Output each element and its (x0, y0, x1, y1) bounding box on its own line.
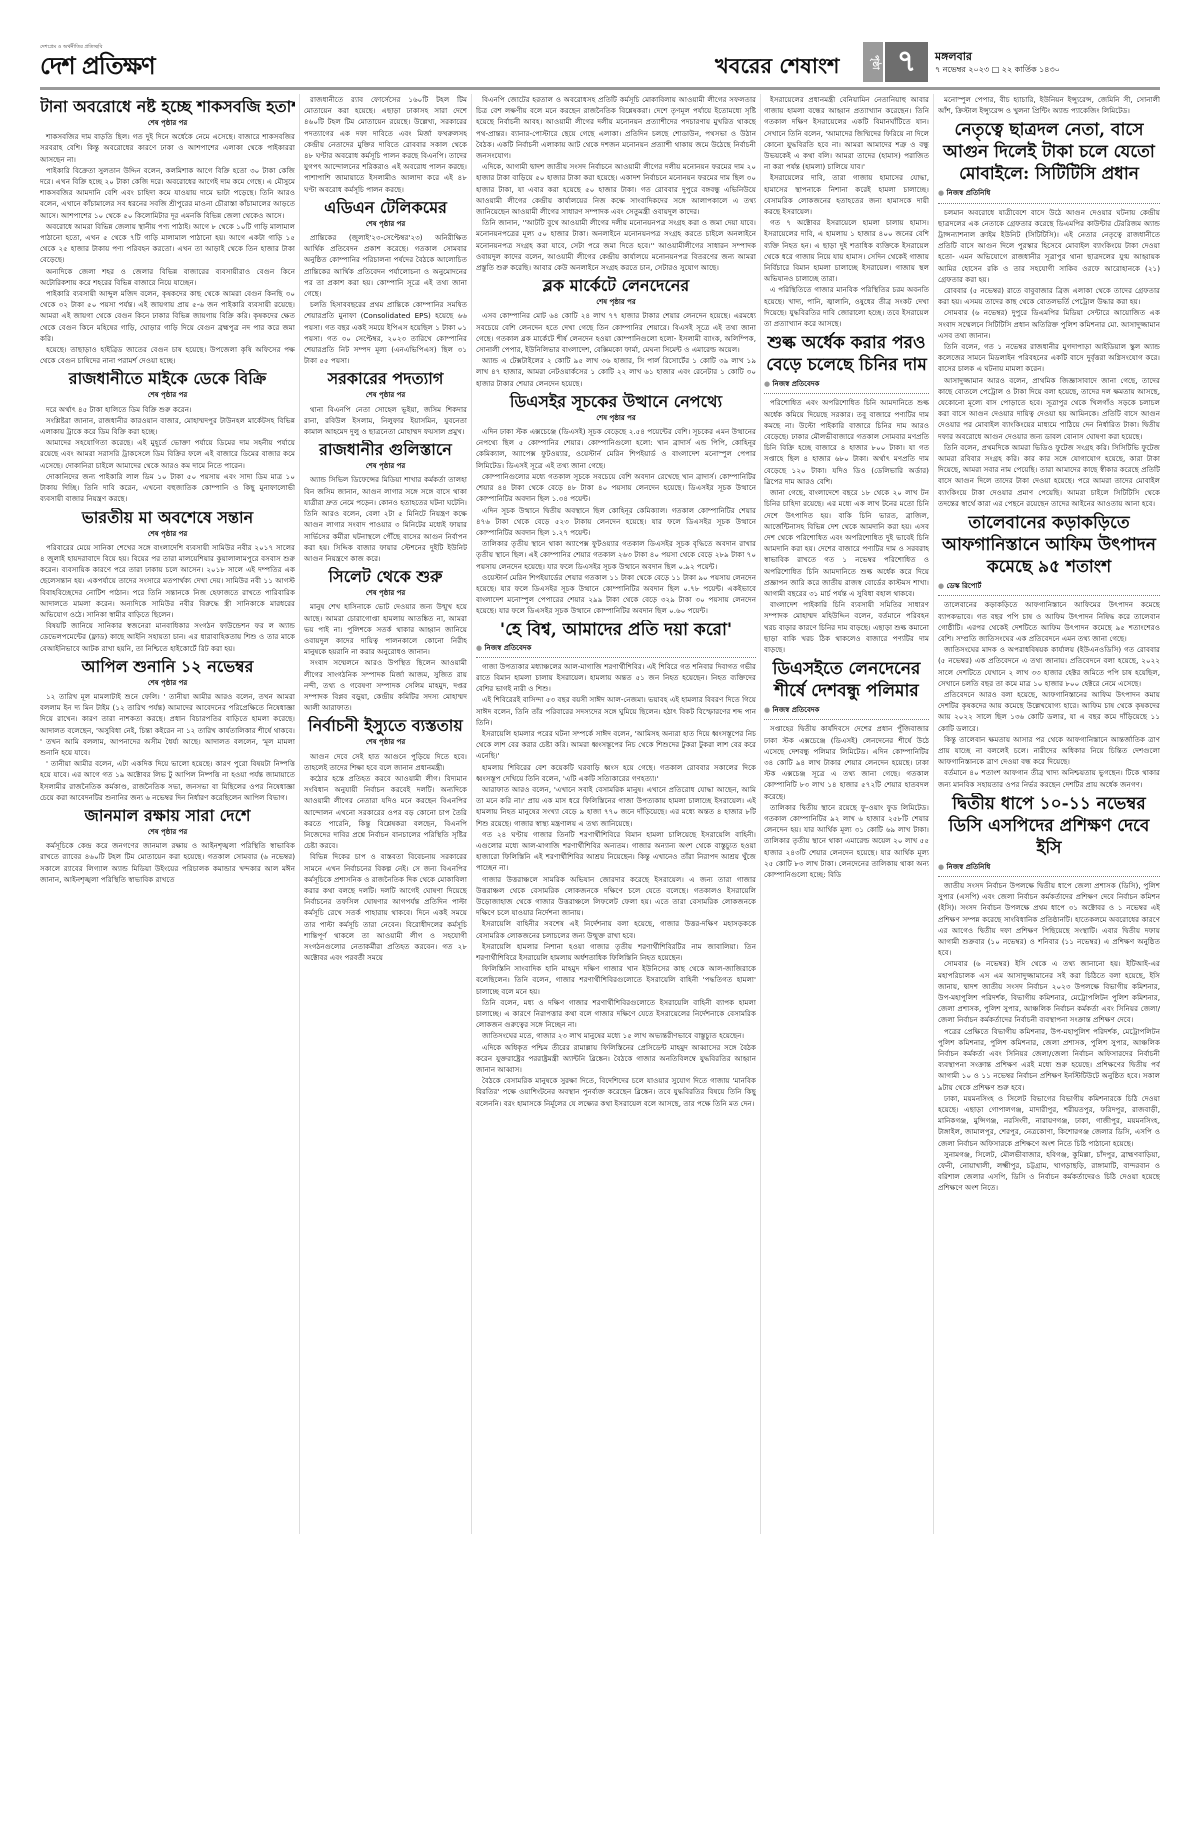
paragraph: আরাফাত আরও বলেন, 'এখানে সবাই বেসামরিক মা… (476, 784, 756, 829)
paragraph: আমাদের সহযোগিতা করেছে। এই মুহূর্তে ভোক্ত… (40, 437, 295, 471)
paragraph: দরে অর্থাৎ ৪৫ টাকা হালিতে ডিম বিক্রি শুর… (40, 404, 295, 415)
paragraph: সংশ্লিষ্টরা জানান, রাজধানীর কারওয়ান বাজ… (40, 415, 295, 437)
paragraph: মানুষ শেখ হাসিনাকে ভোট দেওয়ার জন্য উন্ম… (304, 601, 467, 657)
paragraph: হয়েছে। তাছাড়াও হাইব্রিড জাতের বেগুন চা… (40, 344, 295, 366)
paragraph: এ পরিস্থিতিতে গাজার মানবিক পরিস্থিতির চর… (764, 284, 929, 329)
article-awami: বিএনপি জোটের হরতাল ও অবরোধসহ প্রতিটি কর্… (476, 94, 756, 273)
byline: নিজস্ব প্রতিনিধি (938, 188, 1160, 203)
paragraph: অ্যান্ড সিভিল ডিফেন্সের মিডিয়া শাখার কর… (304, 474, 467, 564)
paragraph: সুনামগঞ্জ, সিলেট, মৌলভীবাজার, হবিগঞ্জ, ক… (938, 1149, 1160, 1194)
paragraph: আসাদুজ্জামান আরও বলেন, প্রাথমিক জিজ্ঞাসা… (938, 375, 1160, 442)
paragraph: তিনি জানান, ''আটটি বুথে আওয়ামী লীগের দল… (476, 217, 756, 273)
paragraph: ওয়েস্টার্ন মেরিন শিপইয়ার্ডের শেয়ার গত… (476, 572, 756, 617)
paragraph: গাজা উপত্যকার মধ্যাঞ্চলের আল-মাগাজি শরণা… (476, 661, 756, 695)
paragraph: সপ্তাহের দ্বিতীয় কার্যদিবসে দেশের প্রধা… (764, 723, 929, 801)
article-eggs: রাজধানীতে মাইকে ডেকে বিক্রি শেষ পৃষ্ঠার … (40, 369, 295, 504)
article-security: জানমাল রক্ষায় সারা দেশে শেষ পৃষ্ঠার পর … (40, 806, 295, 885)
article-election: নির্বাচনী ইস্যুতে ব্যস্ততায় শেষ পৃষ্ঠার… (304, 716, 467, 963)
paragraph: পাইকারি বিক্রেতা সুলতান উদ্দিন বলেন, কলম… (40, 165, 295, 221)
paragraph: থানা বিএনপি নেতা সোহেল ভূইয়া, জসিম শিকদ… (304, 404, 467, 438)
article-mono: মনোস্পুল পেপার, বীচ হ্যাচারি, ইউনিয়ন ইন… (938, 94, 1160, 116)
paragraph: চলতি হিসাববছরের প্রথম প্রান্তিকে কোম্পান… (304, 299, 467, 366)
article-cttc: নেতৃত্বে ছাত্রদল নেতা, বাসে আগুন দিলেই ট… (938, 119, 1160, 509)
paragraph: বর্তমানে ৪০ শতাংশ আফগান তীব্র খাদ্য অনিশ… (938, 767, 1160, 789)
paragraph: এদিন সূচক উত্থানে দ্বিতীয় অবস্থানে ছিল … (476, 505, 756, 539)
paragraph: ইসরায়েলি হামলার পরের ঘটনা সম্পর্কে সাঈদ… (476, 728, 756, 762)
paragraph: চলমান অবরোধে যাত্রীবেশে বাসে উঠে আগুন দে… (938, 207, 1160, 285)
masthead: দেশপ্রেম ও অর্থনীতির প্রতিচ্ছবি দেশ প্রত… (40, 44, 190, 82)
article-adn: এডিএন টেলিকমের শেষ পৃষ্ঠার পর প্রান্তিকে… (304, 198, 467, 367)
continued-label: শেষ পৃষ্ঠার পর (476, 297, 756, 308)
headline: 'হে বিশ্ব, আমাদের প্রতি দয়া করো' (476, 620, 756, 640)
headline: দ্বিতীয় ধাপে ১০-১১ নভেম্বর ডিসি এসপিদের… (938, 793, 1160, 859)
page-number: ৭ (885, 42, 928, 82)
article-ec-training: দ্বিতীয় ধাপে ১০-১১ নভেম্বর ডিসি এসপিদের… (938, 793, 1160, 1194)
headline: তালেবানের কড়াকড়িতে আফগানিস্তানে আফিম উ… (938, 512, 1160, 578)
paragraph: সোমবার (৬ নভেম্বর) ইসি থেকে এ তথ্য জানান… (938, 958, 1160, 1025)
article-gaza: 'হে বিশ্ব, আমাদের প্রতি দয়া করো' নিজস্ব… (476, 620, 756, 1109)
column-2: রাজধানীতে র‍্যাব ফোর্সেসের ১৬০টি টহল টিম… (304, 94, 467, 1534)
continued-label: শেষ পৃষ্ঠার পর (304, 219, 467, 230)
continued-label: শেষ পৃষ্ঠার পর (40, 827, 295, 838)
paragraph: সোমবার (৬ নভেম্বর) দুপুরে ডিএমপির মিডিয়… (938, 307, 1160, 341)
paragraph: বৈঠকে বেসামরিক মানুষকে সুরক্ষা দিতে, বিদ… (476, 1075, 756, 1109)
byline: নিজস্ব প্রতিবেদক (476, 643, 756, 658)
paragraph: এসব কোম্পানির মোট ৬৪ কোটি ২৪ লাখ ৭৭ হাজা… (476, 310, 756, 355)
header-rule (40, 87, 1160, 90)
paragraph: কঠোর হস্তে প্রতিহত করবে আওয়ামী লীগ। বিদ… (304, 773, 467, 851)
paragraph: কিন্তু তালেবান ক্ষমতায় আসার পর থেকে আফগ… (938, 734, 1160, 768)
column-5: মনোস্পুল পেপার, বীচ হ্যাচারি, ইউনিয়ন ইন… (938, 94, 1160, 1534)
paragraph: ইসরায়েলি হামলার নিশানা হওয়া গাজার তৃতী… (476, 941, 756, 963)
paragraph: প্রান্তিকের (জুলাই'২৩-সেপ্টেম্বর'২৩) অনি… (304, 232, 467, 299)
paragraph: ' তানীয়া আমীর বলেন, এটা একদিক দিয়ে ভাল… (40, 758, 295, 803)
continued-label: শেষ পৃষ্ঠার পর (304, 588, 467, 599)
paragraph: হামলায় শিবিরের বেশ কয়েকটি ঘরবাড়ি ধ্বং… (476, 762, 756, 784)
paragraph: বাংলাদেশ পাইকারি চিনি ব্যবসায়ী সমিতির স… (764, 599, 929, 655)
article-gulistan: রাজধানীর গুলিস্তানে শেষ পৃষ্ঠার পর অ্যান… (304, 440, 467, 564)
continued-label: শেষ পৃষ্ঠার পর (40, 529, 295, 540)
paragraph: ১২ তারিখ মূল মামলাটাই শুনে ফেলি। ' তানীয… (40, 691, 295, 758)
article-rab: রাজধানীতে র‍্যাব ফোর্সেসের ১৬০টি টহল টিম… (304, 94, 467, 195)
paragraph: পাইকারি ব্যবসায়ী আব্দুল মজিদ বলেন, কৃষক… (40, 288, 295, 344)
article-block-market: ব্লক মার্কেটে লেনদেনের শেষ পৃষ্ঠার পর এস… (476, 276, 756, 389)
continued-label: শেষ পৃষ্ঠার পর (40, 390, 295, 401)
paragraph: তালিকার তৃতীয় স্থানে থাকা অ্যাপেক্স ফুট… (476, 538, 756, 572)
paragraph: ইসরায়েলের দাবি, তারা গাজায় হামাসের যোদ… (764, 172, 929, 217)
column-divider (471, 94, 472, 1534)
paragraph: তিনি বলেন, মধ্য ও দক্ষিণ গাজার শরণার্থীশ… (476, 997, 756, 1031)
headline: ডিএসইর সূচকের উত্থানে নেপথ্যে (476, 392, 756, 412)
continued-label: শেষ পৃষ্ঠার পর (304, 737, 467, 748)
column-divider (299, 94, 300, 1534)
paragraph: কোম্পানিগুলোর মধ্যে গতকাল সূচকে সবচেয়ে … (476, 471, 756, 505)
headline: ভারতীয় মা অবশেষে সন্তান (40, 508, 295, 528)
paragraph: বিষয়টি জানিয়ে সানিকার স্বজনেরা মানবাধি… (40, 620, 295, 654)
article-vegetables: টানা অবরোধে নষ্ট হচ্ছে শাকসবজি হতাশ শেষ … (40, 97, 295, 366)
headline: এডিএন টেলিকমের (304, 198, 467, 218)
article-sugar: শুল্ক অর্ধেক করার পরও বেড়ে চলেছে চিনির … (764, 332, 929, 655)
newspaper-page: দেশপ্রেম ও অর্থনীতির প্রতিচ্ছবি দেশ প্রত… (0, 0, 1200, 1843)
paragraph: পরিবারের মেয়ে সানিকা শেখের সঙ্গে বাংলাদ… (40, 542, 295, 620)
paragraph: আগুন দেবে সেই হাত আগুনে পুড়িয়ে দিতে হব… (304, 751, 467, 773)
paragraph: রোববার (৫ নভেম্বর) রাতে বাবুবাজার ব্রিজ … (938, 285, 1160, 307)
byline: ডেস্ক রিপোর্ট (938, 581, 1160, 596)
paragraph: বিএনপি জোটের হরতাল ও অবরোধসহ প্রতিটি কর্… (476, 94, 756, 161)
paragraph: গত ৭ অক্টোবর ইসরায়েলে হামলা চালায় হামা… (764, 217, 929, 284)
paragraph: গাজার উত্তরাঞ্চলে সামরিক অভিযান জোরদার ক… (476, 874, 756, 919)
paragraph: তালিকার দ্বিতীয় স্থানে রয়েছে ফু-ওয়াং … (764, 802, 929, 880)
paragraph: জাতিসংঘের মাদক ও অপরাধবিষয়ক কার্যালয় (… (938, 644, 1160, 689)
paragraph: পরিশোধিত এবং অপরিশোধিত চিনি আমদানিতে শুল… (764, 397, 929, 487)
paragraph: অ্যান্ড এ টেক্সটাইলের ২ কোটি ৯৫ লাখ ৩৬ হ… (476, 355, 756, 389)
column-3: বিএনপি জোটের হরতাল ও অবরোধসহ প্রতিটি কর্… (476, 94, 756, 1534)
byline: নিজস্ব প্রতিবেদক (764, 705, 929, 720)
article-israel: ইসরায়েলের প্রধানমন্ত্রী বেনিয়ামিন নেতা… (764, 94, 929, 329)
paragraph: জাতীয় সংসদ নির্বাচন উপলক্ষে দ্বিতীয় ধা… (938, 880, 1160, 958)
headline: সরকারের পদত্যাগ (304, 369, 467, 389)
headline: নির্বাচনী ইস্যুতে ব্যস্ততায় (304, 716, 467, 736)
article-polymer: ডিএসইতে লেনদেনের শীর্ষে দেশবন্ধু পলিমার … (764, 658, 929, 880)
continued-label: শেষ পৃষ্ঠার পর (304, 461, 467, 472)
headline: সিলেট থেকে শুরু (304, 567, 467, 587)
paragraph: অবরোধে আমরা বিভিন্ন জেলায় স্থানীয় পণ্য… (40, 221, 295, 266)
article-mother: ভারতীয় মা অবশেষে সন্তান শেষ পৃষ্ঠার পর … (40, 508, 295, 654)
paragraph: তিনি বলেন, গত ১ নভেম্বর রাজধানীর মুগদাপা… (938, 341, 1160, 375)
paragraph: এই শিবিরেরই বাসিন্দা ৫৩ বছর বয়সী সাঈদ আ… (476, 694, 756, 728)
newspaper-logo: দেশ প্রতিক্ষণ (40, 52, 190, 80)
paragraph: দোকানিদের জন্য পাইকারি লাল ডিম ১০ টাকা ৫… (40, 471, 295, 505)
column-1: টানা অবরোধে নষ্ট হচ্ছে শাকসবজি হতাশ শেষ … (40, 94, 295, 1534)
paragraph: ফিলিস্তিনি সাংবাদিক হানি মাহমুদ দক্ষিণ গ… (476, 963, 756, 997)
paragraph: ঢাকা, ময়মনসিংহ ও সিলেট বিভাগের বিভাগীয়… (938, 1093, 1160, 1149)
headline: আপিল শুনানি ১২ নভেম্বর (40, 657, 295, 677)
column-4: ইসরায়েলের প্রধানমন্ত্রী বেনিয়ামিন নেতা… (764, 94, 929, 1534)
headline: শুল্ক অর্ধেক করার পরও বেড়ে চলেছে চিনির … (764, 332, 929, 376)
continued-label: শেষ পৃষ্ঠার পর (40, 118, 295, 129)
paragraph: গত ২৪ ঘণ্টায় গাজার তিনটি শরণার্থীশিবিরে… (476, 829, 756, 874)
paragraph: তালেবানের কড়াকড়িতে আফগানিস্তানে আফিমের… (938, 599, 1160, 644)
byline: নিজস্ব প্রতিবেদক (764, 379, 929, 394)
paragraph: সংবাদ সম্মেলনে আরও উপস্থিত ছিলেন আওয়ামী… (304, 657, 467, 713)
paragraph: অন্যদিকে জেলা শহর ও জেলার বিভিন্ন বাজারে… (40, 266, 295, 288)
headline: রাজধানীতে মাইকে ডেকে বিক্রি (40, 369, 295, 389)
continued-label: শেষ পৃষ্ঠার পর (476, 413, 756, 424)
paragraph: জাতিসংঘের মতে, গাজার ২৩ লাখ মানুষের মধ্য… (476, 1030, 756, 1041)
paragraph: ইসরায়েলি বাহিনীর সবশেষ এই নির্দেশনায় ব… (476, 918, 756, 940)
continued-label: শেষ পৃষ্ঠার পর (40, 678, 295, 689)
paragraph: মনোস্পুল পেপার, বীচ হ্যাচারি, ইউনিয়ন ইন… (938, 94, 1160, 116)
headline: ব্লক মার্কেটে লেনদেনের (476, 276, 756, 296)
section-title: খবরের শেষাংশ (715, 50, 839, 85)
headline: টানা অবরোধে নষ্ট হচ্ছে শাকসবজি হতাশ (40, 97, 295, 117)
article-taliban: তালেবানের কড়াকড়িতে আফগানিস্তানে আফিম উ… (938, 512, 1160, 790)
paragraph: বিভিন্ন দিকের চাপ ও বাস্তবতা বিবেচনায় স… (304, 851, 467, 963)
paragraph: এদিকে, আগামী দ্বাদশ জাতীয় সংসদ নির্বাচন… (476, 161, 756, 217)
paragraph: রাজধানীতে র‍্যাব ফোর্সেসের ১৬০টি টহল টিম… (304, 94, 467, 195)
paragraph: জানা গেছে, বাংলাদেশে বছরে ১৮ থেকে ২০ লাখ… (764, 487, 929, 599)
paragraph: কর্মসূচিকে কেন্দ্র করে জনগণের জানমাল রক্… (40, 840, 295, 885)
article-dsex: ডিএসইর সূচকের উত্থানে নেপথ্যে শেষ পৃষ্ঠা… (476, 392, 756, 617)
paragraph: এদিন ঢাকা স্টক এক্সচেঞ্জে (ডিএসই) সূচক ব… (476, 426, 756, 471)
publication-date: ৭ নভেম্বর ২০২৩ □ ২২ কার্তিক ১৪৩০ (935, 64, 1060, 77)
column-divider (760, 94, 761, 1534)
paragraph: তিনি বলেন, প্রথমদিকে আমরা ভিডিও ফুটেজ সং… (938, 442, 1160, 509)
paragraph: ইসরায়েলের প্রধানমন্ত্রী বেনিয়ামিন নেতা… (764, 94, 929, 172)
headline: ডিএসইতে লেনদেনের শীর্ষে দেশবন্ধু পলিমার (764, 658, 929, 702)
headline: জানমাল রক্ষায় সারা দেশে (40, 806, 295, 826)
paragraph: প্রতিবেদনে আরও বলা হয়েছে, আফগানিস্তানের… (938, 689, 1160, 734)
article-resign: সরকারের পদত্যাগ শেষ পৃষ্ঠার পর থানা বিএন… (304, 369, 467, 437)
paragraph: এদিকে অধিকৃত পশ্চিম তীরের রামাল্লায় ফিল… (476, 1042, 756, 1076)
column-divider (933, 94, 934, 1534)
article-appeal: আপিল শুনানি ১২ নভেম্বর শেষ পৃষ্ঠার পর ১২… (40, 657, 295, 803)
byline: নিজস্ব প্রতিনিধি (938, 862, 1160, 877)
article-sylhet: সিলেট থেকে শুরু শেষ পৃষ্ঠার পর মানুষ শেখ… (304, 567, 467, 713)
continued-label: শেষ পৃষ্ঠার পর (304, 390, 467, 401)
page-label: পৃষ্ঠা (863, 42, 883, 82)
paragraph: পত্রের প্রেক্ষিতে বিভাগীয় কমিশনার, উপ-ম… (938, 1026, 1160, 1093)
headline: রাজধানীর গুলিস্তানে (304, 440, 467, 460)
headline: নেতৃত্বে ছাত্রদল নেতা, বাসে আগুন দিলেই ট… (938, 119, 1160, 185)
paragraph: শাকসবজির দাম বাড়তি ছিল। গত দুই দিনে অর্… (40, 131, 295, 165)
